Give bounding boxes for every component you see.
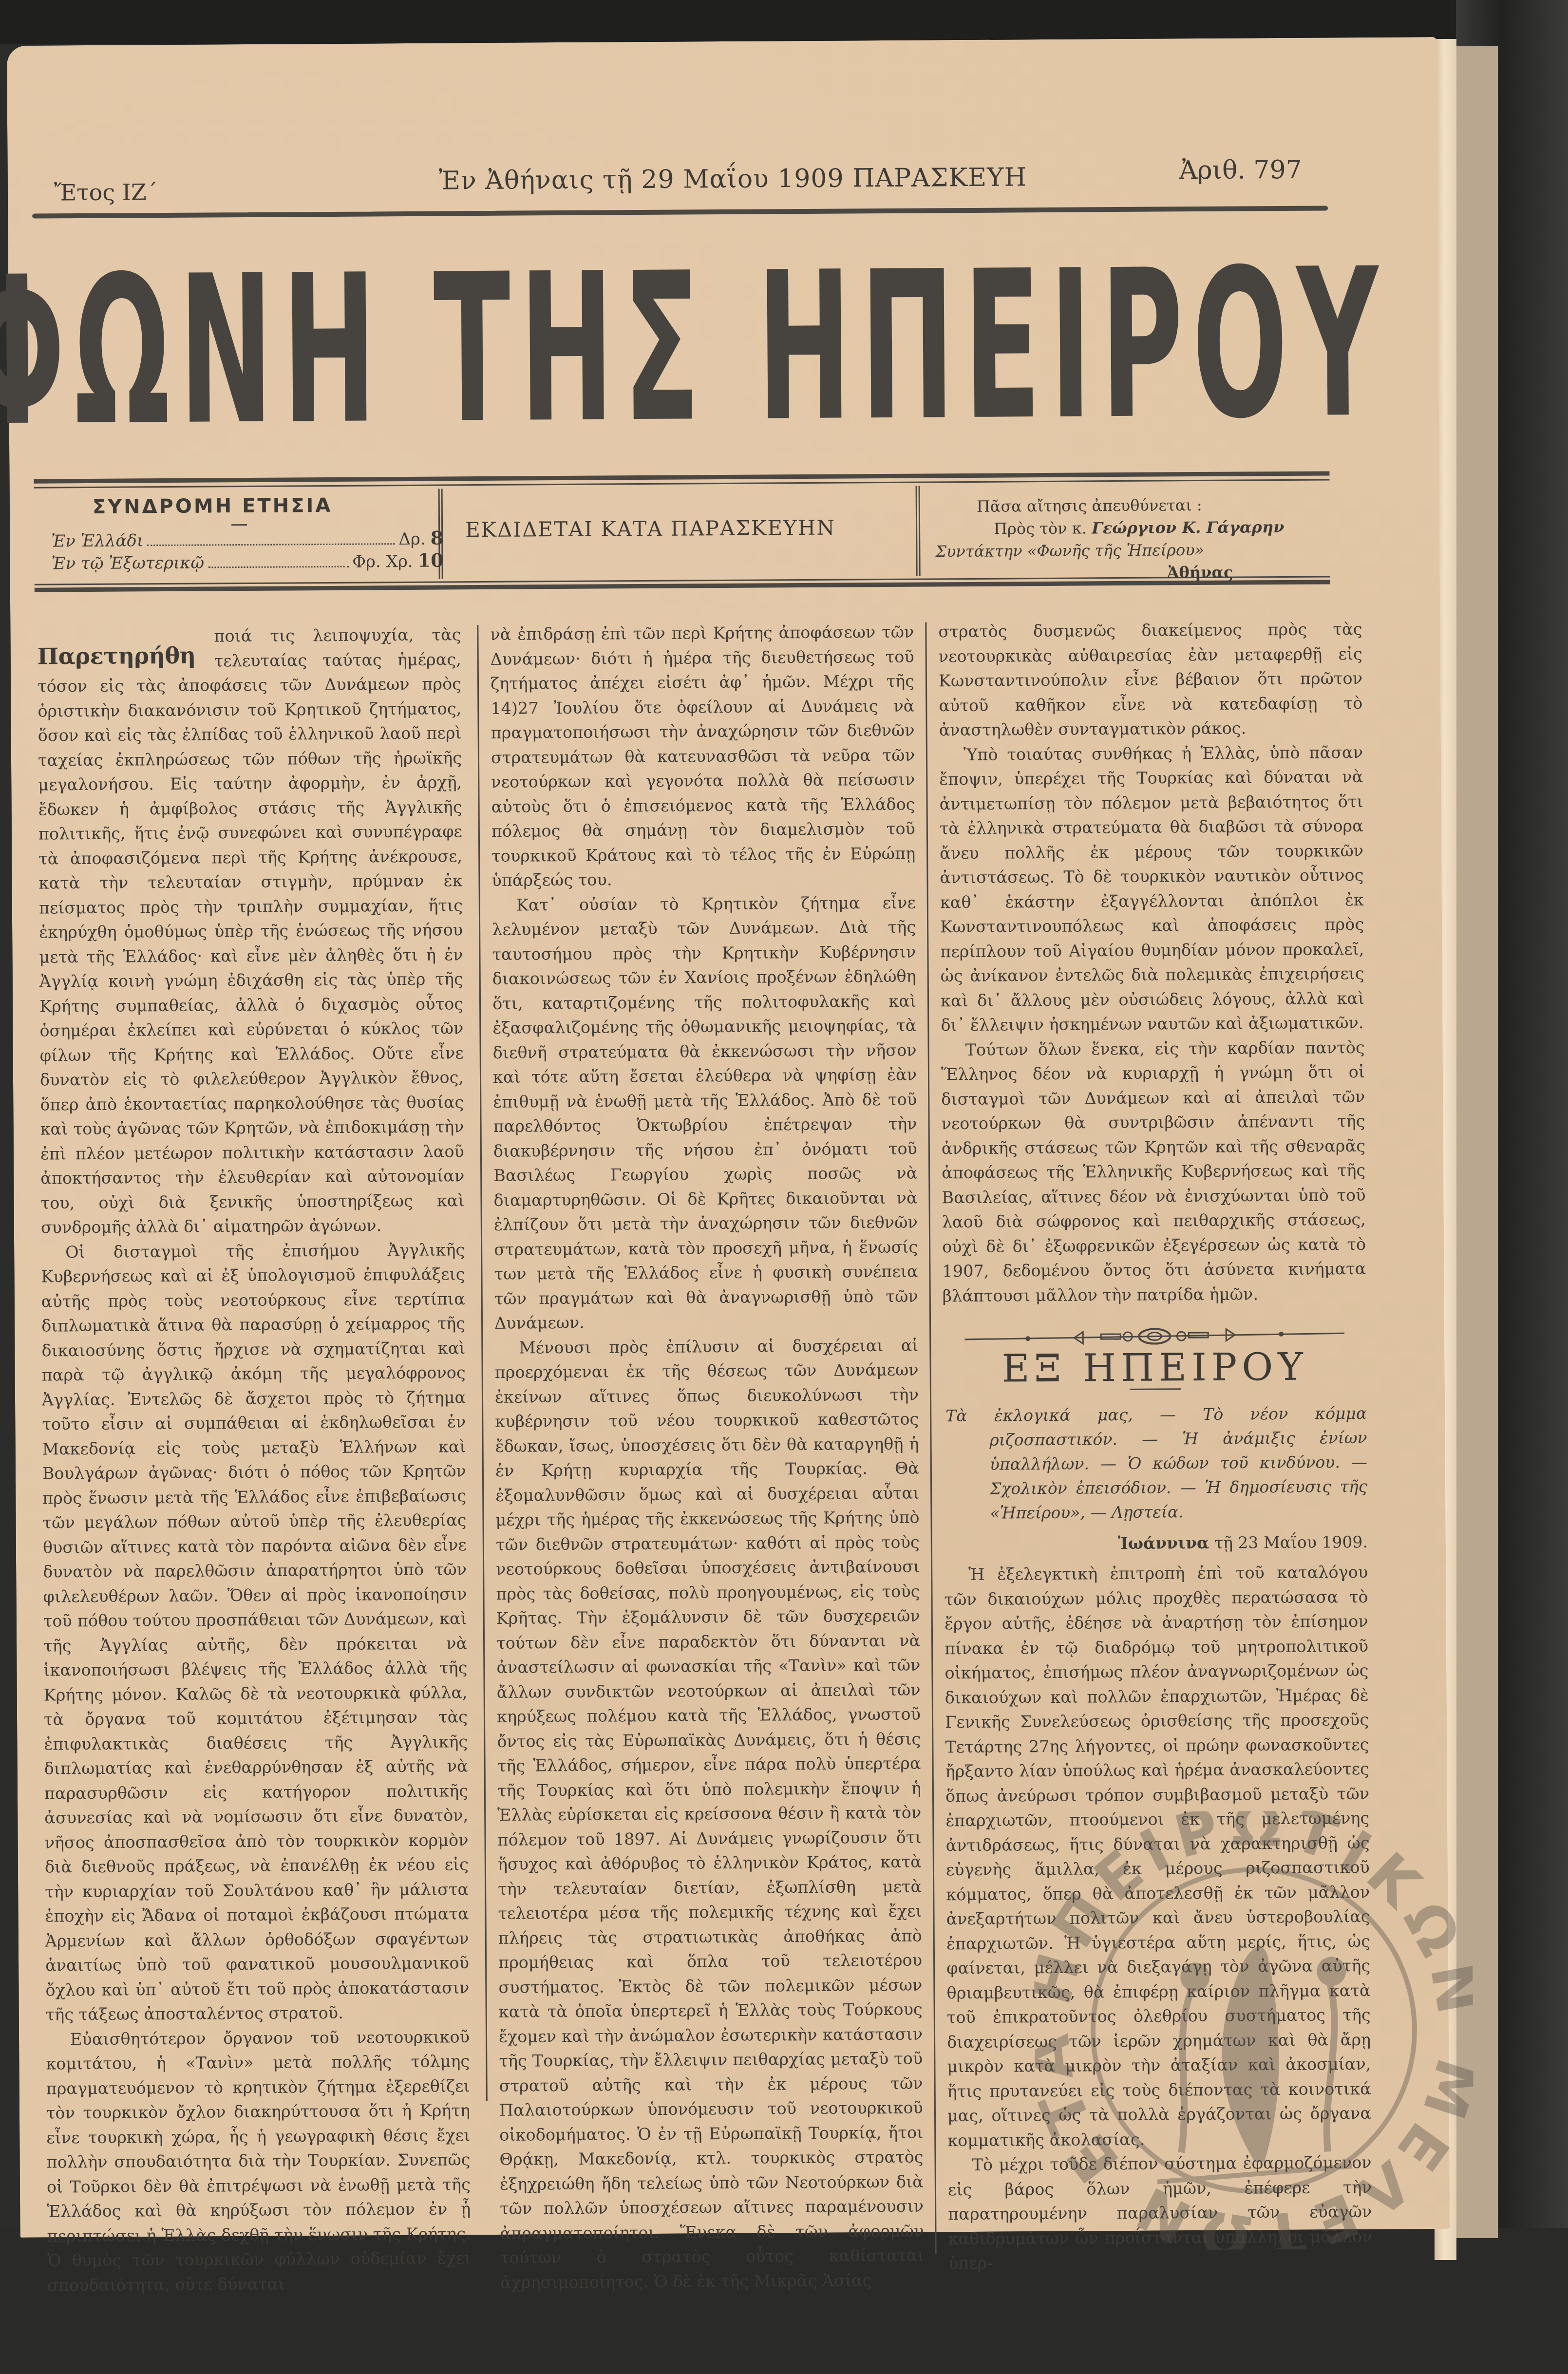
subscription-label: Ἐν τῷ Ἐξωτερικῷ <box>51 552 204 575</box>
article-column-2: νὰ ἐπιδράσῃ ἐπὶ τῶν περὶ Κρήτης ἀποφάσεω… <box>490 620 924 2295</box>
contact-city: Ἀθήνας <box>1167 561 1306 584</box>
info-rule <box>34 471 1329 483</box>
year-label: Ἔτος ΙΖ΄ <box>54 179 158 206</box>
article-paragraph: Ὑπὸ τοιαύτας συνθήκας ἡ Ἑλλὰς, ὑπὸ πᾶσαν… <box>939 740 1365 1037</box>
contact-role: Συντάκτην «Φωνῆς τῆς Ἠπείρου» <box>935 538 1305 563</box>
newspaper-page: Ἔτος ΙΖ΄ Ἐν Ἀθήναις τῇ 29 Μαΐου 1909 ΠΑΡ… <box>7 37 1450 2238</box>
article-paragraph: στρατὸς δυσμενῶς διακείμενος πρὸς τὰς νε… <box>938 617 1363 743</box>
subscription-row-domestic: Ἐν Ἑλλάδι Δρ. 8 <box>51 528 443 552</box>
contact-name: Γεώργιον Κ. Γάγαρην <box>1092 518 1284 537</box>
contact-prefix: Πρὸς τὸν κ. <box>994 519 1087 538</box>
section-summary: Τὰ ἐκλογικά μας, — Τὸ νέον κόμμα ριζοσπα… <box>943 1401 1368 1525</box>
subscription-box: ΣΥΝΔΡΟΜΗ ΕΤΗΣΙΑ Ἐν Ἑλλάδι Δρ. 8 Ἐν τῷ Ἐξ… <box>39 494 444 575</box>
article-paragraph: Μένουσι πρὸς ἐπίλυσιν αἱ δυσχέρειαι αἱ π… <box>494 1333 924 2295</box>
subscription-currency: Δρ. <box>398 528 426 550</box>
dateline-bar: Ἔτος ΙΖ΄ Ἐν Ἀθήναις τῇ 29 Μαΐου 1909 ΠΑΡ… <box>54 152 1311 204</box>
article-column-3: στρατὸς δυσμενῶς διακείμενος πρὸς τὰς νε… <box>938 617 1372 2276</box>
subscription-amount: 8 <box>431 528 444 549</box>
article-paragraph: νὰ ἐπιδράσῃ ἐπὶ τῶν περὶ Κρήτης ἀποφάσεω… <box>490 620 915 893</box>
correspondence-dateline: Ἰωάννινα τῇ 23 Μαΐου 1909. <box>944 1529 1368 1557</box>
article-lede: Παρετηρήθη <box>38 643 196 669</box>
subscription-currency: Φρ. Χρ. <box>352 551 413 573</box>
ornament-divider-icon <box>964 1325 1344 1347</box>
endpaper-board <box>1454 46 1498 2238</box>
masthead-title: ΦΩΝΗ ΤΗΣ ΗΠΕΙΡΟΥ <box>390 249 967 448</box>
column-divider <box>925 622 936 2254</box>
issue-number: Ἀριθ. 797 <box>1179 155 1302 186</box>
article-paragraph: Κατ᾽ οὐσίαν τὸ Κρητικὸν ζήτημα εἶνε λελυ… <box>492 890 919 1336</box>
article-paragraph: Εὐαισθητότερον ὄργανον τοῦ νεοτουρκικοῦ … <box>46 2025 471 2298</box>
article-column-1: Παρετηρήθη ποιά τις λειποψυχία, τὰς τελε… <box>37 622 471 2298</box>
leader-dots <box>208 566 348 568</box>
issue-date: Ἐν Ἀθήναις τῇ 29 Μαΐου 1909 ΠΑΡΑΣΚΕΥΗ <box>439 163 1027 195</box>
info-divider <box>916 486 921 576</box>
article-paragraph: ποιά τις λειποψυχία, τὰς τελευταίας ταύτ… <box>37 622 465 1240</box>
subscription-heading: ΣΥΝΔΡΟΜΗ ΕΤΗΣΙΑ <box>93 494 443 518</box>
publication-frequency: ΕΚΔΙΔΕΤΑΙ ΚΑΤΑ ΠΑΡΑΣΚΕΥΗΝ <box>465 516 835 542</box>
article-paragraph: Τὸ μέχρι τοῦδε διέπον σύστημα ἐφαρμοζόμε… <box>947 2150 1372 2276</box>
subscription-dash <box>231 524 247 526</box>
subscription-amount: 10 <box>417 550 443 571</box>
contact-recipient: Πρὸς τὸν κ. Γεώργιον Κ. Γάγαρην <box>994 516 1305 540</box>
dateline-date: τῇ 23 Μαΐου 1909. <box>1214 1532 1368 1552</box>
article-paragraph: Οἱ δισταγμοὶ τῆς ἐπισήμου Ἀγγλικῆς Κυβερ… <box>41 1238 470 2027</box>
contact-intro: Πᾶσα αἴτησις ἀπευθύνεται : <box>977 493 1305 518</box>
subscription-label: Ἐν Ἑλλάδι <box>51 530 143 552</box>
column-divider <box>477 625 488 2101</box>
top-rule <box>32 206 1328 218</box>
leader-dots <box>147 543 395 546</box>
section-title: ΕΞ ΗΠΕΙΡΟΥ <box>943 1355 1367 1382</box>
contact-box: Πᾶσα αἴτησις ἀπευθύνεται : Πρὸς τὸν κ. Γ… <box>926 493 1306 585</box>
subscription-row-abroad: Ἐν τῷ Ἐξωτερικῷ Φρ. Χρ. 10 <box>51 550 443 575</box>
article-paragraph: Τούτων ὅλων ἕνεκα, εἰς τὴν καρδίαν παντὸ… <box>941 1035 1366 1308</box>
article-paragraph: Ἡ ἐξελεγκτικὴ ἐπιτροπὴ ἐπὶ τοῦ καταλόγου… <box>944 1560 1371 2153</box>
dateline-place: Ἰωάννινα <box>1118 1533 1209 1552</box>
